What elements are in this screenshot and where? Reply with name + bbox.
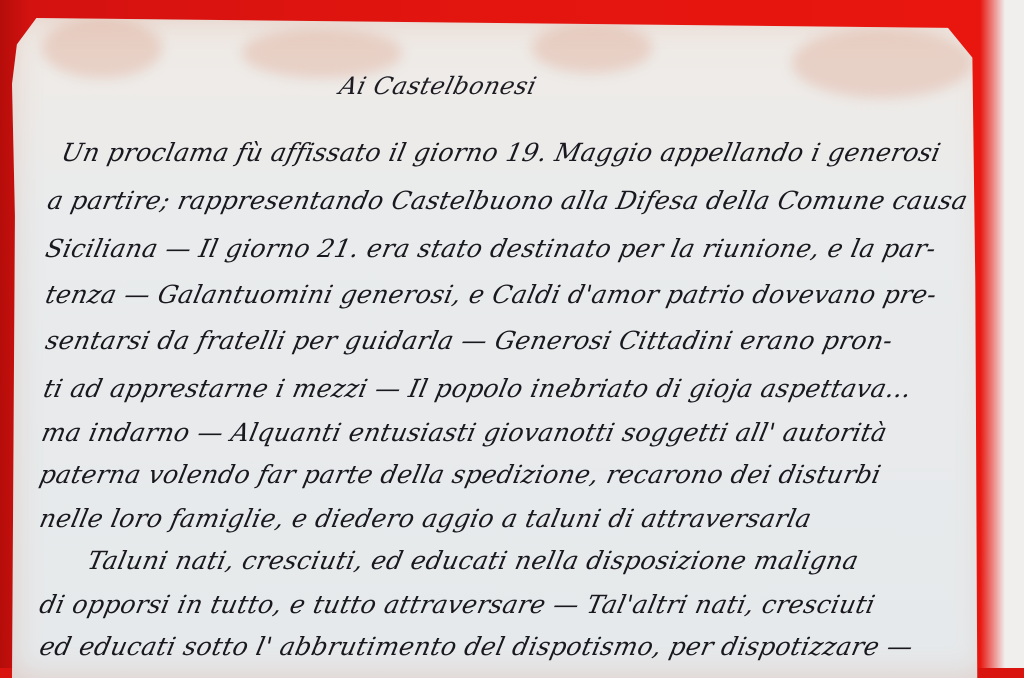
paper-stain [792,28,972,98]
paper-stain [242,28,402,78]
manuscript-line: di opporsi in tutto, e tutto attraversar… [37,590,878,619]
manuscript-line: Taluni nati, cresciuti, ed educati nella… [85,546,861,575]
manuscript-line: ti ad apprestarne i mezzi — Il popolo in… [41,374,914,403]
manuscript-line: Un proclama fù affissato il giorno 19. M… [59,138,944,167]
manuscript-line: ed educati sotto l' abbrutimento del dis… [37,632,916,661]
page-edge-strip [1006,0,1024,668]
manuscript-line: nelle loro famiglie, e diedero aggio a t… [37,504,814,533]
manuscript-line: a partire; rappresentando Castelbuono al… [45,186,971,215]
manuscript-line: Siciliana — Il giorno 21. era stato dest… [43,234,939,263]
manuscript-line: sentarsi da fratelli per guidarla — Gene… [43,326,895,355]
manuscript-line: ma indarno — Alquanti entusiasti giovano… [39,418,890,447]
manuscript-line: paterna volendo far parte della spedizio… [37,460,884,489]
document-title: Ai Castelbonesi [337,72,540,100]
manuscript-line: tenza — Galantuomini generosi, e Caldi d… [43,280,939,309]
paper-stain [532,23,652,73]
paper-stain [42,18,162,78]
